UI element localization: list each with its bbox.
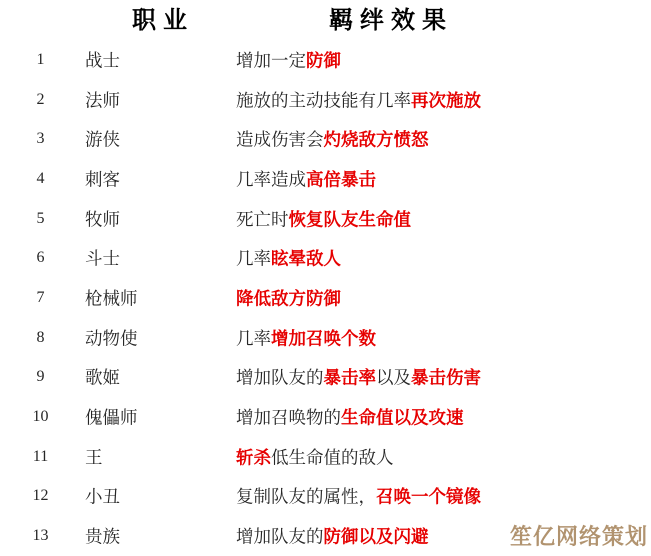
table-row: 11 王 斩杀低生命值的敌人 <box>0 437 651 477</box>
header-effect: 羁绊效果 <box>329 6 453 36</box>
row-number: 8 <box>0 329 81 347</box>
profession-name: 牧师 <box>85 206 120 231</box>
profession-name: 动物使 <box>85 325 138 350</box>
effect-plain-segment: 施放的主动技能有几率 <box>236 90 411 110</box>
effect-highlight-segment: 降低敌方防御 <box>236 288 341 308</box>
table-row: 2 法师 施放的主动技能有几率再次施放 <box>0 80 651 120</box>
profession-name: 歌姬 <box>85 365 120 390</box>
effect-plain-segment: 复制队友的属性， <box>236 487 376 507</box>
effect-text: 几率眩晕敌人 <box>236 246 341 271</box>
effect-highlight-segment: 防御以及闪避 <box>324 527 429 547</box>
header-profession: 职业 <box>132 6 194 36</box>
profession-name: 小丑 <box>85 484 120 509</box>
effect-highlight-segment: 眩晕敌人 <box>271 249 341 269</box>
row-number: 1 <box>0 51 81 69</box>
effect-plain-segment: 增加召唤物的 <box>236 408 341 428</box>
effect-plain-segment: 低生命值的敌人 <box>271 447 394 467</box>
row-number: 10 <box>0 408 81 426</box>
effect-highlight-segment: 灼烧敌方愤怒 <box>324 130 429 150</box>
effect-plain-segment: 几率 <box>236 328 271 348</box>
table-row: 9 歌姬 增加队友的暴击率以及暴击伤害 <box>0 358 651 398</box>
table-row: 1 战士 增加一定防御 <box>0 40 651 80</box>
row-number: 4 <box>0 170 81 188</box>
effect-text: 死亡时恢复队友生命值 <box>236 206 411 231</box>
table-row: 10 傀儡师 增加召唤物的生命值以及攻速 <box>0 397 651 437</box>
row-number: 5 <box>0 210 81 228</box>
effect-text: 施放的主动技能有几率再次施放 <box>236 87 481 112</box>
table-row: 5 牧师 死亡时恢复队友生命值 <box>0 199 651 239</box>
profession-name: 傀儡师 <box>85 405 138 430</box>
profession-name: 战士 <box>85 47 120 72</box>
effect-text: 增加队友的防御以及闪避 <box>236 524 429 549</box>
profession-name: 贵族 <box>85 524 120 549</box>
effect-highlight-segment: 恢复队友生命值 <box>289 209 412 229</box>
effect-plain-segment: 增加队友的 <box>236 527 324 547</box>
table-body: 1 战士 增加一定防御 2 法师 施放的主动技能有几率再次施放 3 游侠 造成伤… <box>0 40 651 556</box>
effect-plain-segment: 增加队友的 <box>236 368 324 388</box>
effect-plain-segment: 死亡时 <box>236 209 289 229</box>
effect-highlight-segment: 高倍暴击 <box>306 169 376 189</box>
table-row: 12 小丑 复制队友的属性，召唤一个镜像 <box>0 477 651 517</box>
effect-plain-segment: 造成伤害会 <box>236 130 324 150</box>
profession-name: 斗士 <box>85 246 120 271</box>
row-number: 12 <box>0 487 81 505</box>
watermark: 笙亿网络策划 <box>510 520 648 551</box>
profession-name: 游侠 <box>85 127 120 152</box>
effect-plain-segment: 以及 <box>376 368 411 388</box>
effect-plain-segment: 几率 <box>236 249 271 269</box>
row-number: 2 <box>0 91 81 109</box>
effect-text: 复制队友的属性，召唤一个镜像 <box>236 484 481 509</box>
profession-name: 法师 <box>85 87 120 112</box>
effect-plain-segment: 几率造成 <box>236 169 306 189</box>
effect-text: 增加召唤物的生命值以及攻速 <box>236 405 464 430</box>
table-row: 6 斗士 几率眩晕敌人 <box>0 238 651 278</box>
row-number: 7 <box>0 289 81 307</box>
effect-highlight-segment: 生命值以及攻速 <box>341 408 464 428</box>
effect-highlight-segment: 再次施放 <box>411 90 481 110</box>
profession-name: 刺客 <box>85 166 120 191</box>
table-row: 8 动物使 几率增加召唤个数 <box>0 318 651 358</box>
row-number: 13 <box>0 527 81 545</box>
effect-text: 几率增加召唤个数 <box>236 325 376 350</box>
profession-name: 枪械师 <box>85 285 138 310</box>
row-number: 6 <box>0 249 81 267</box>
effect-plain-segment: 增加一定 <box>236 50 306 70</box>
bond-effects-table-page: 职业 羁绊效果 1 战士 增加一定防御 2 法师 施放的主动技能有几率再次施放 … <box>0 0 651 556</box>
effect-highlight-segment: 暴击伤害 <box>411 368 481 388</box>
row-number: 3 <box>0 130 81 148</box>
effect-text: 造成伤害会灼烧敌方愤怒 <box>236 127 429 152</box>
effect-highlight-segment: 暴击率 <box>324 368 377 388</box>
row-number: 11 <box>0 448 81 466</box>
profession-name: 王 <box>85 444 103 469</box>
table-row: 3 游侠 造成伤害会灼烧敌方愤怒 <box>0 119 651 159</box>
effect-text: 斩杀低生命值的敌人 <box>236 444 394 469</box>
table-row: 4 刺客 几率造成高倍暴击 <box>0 159 651 199</box>
effect-highlight-segment: 防御 <box>306 50 341 70</box>
effect-highlight-segment: 召唤一个镜像 <box>376 487 481 507</box>
row-number: 9 <box>0 368 81 386</box>
effect-text: 增加一定防御 <box>236 47 341 72</box>
effect-text: 几率造成高倍暴击 <box>236 166 376 191</box>
effect-highlight-segment: 增加召唤个数 <box>271 328 376 348</box>
table-row: 7 枪械师 降低敌方防御 <box>0 278 651 318</box>
effect-highlight-segment: 斩杀 <box>236 447 271 467</box>
effect-text: 降低敌方防御 <box>236 285 341 310</box>
effect-text: 增加队友的暴击率以及暴击伤害 <box>236 365 481 390</box>
